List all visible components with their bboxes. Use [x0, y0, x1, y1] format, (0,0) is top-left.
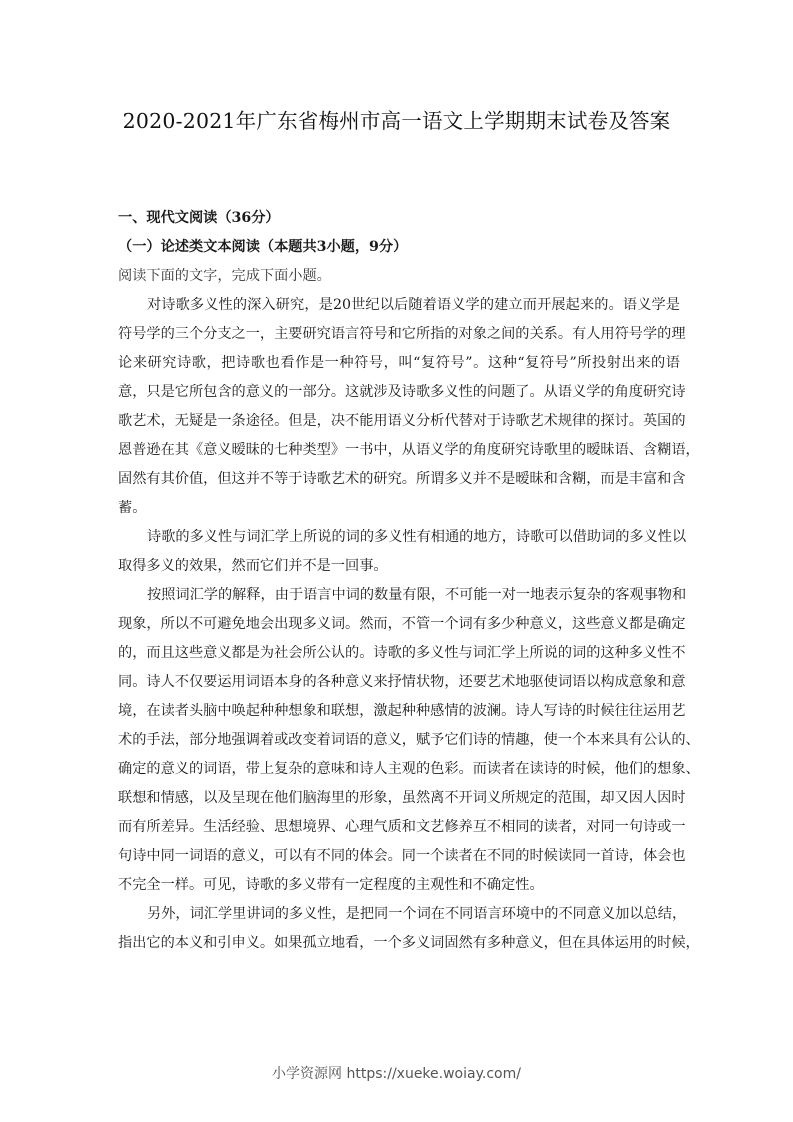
paragraph-2: 诗歌的多义性与词汇学上所说的词的多义性有相通的地方，诗歌可以借助词的多义性以 取…	[118, 523, 680, 581]
paragraph-line: 意，只是它所包含的意义的一部分。这就涉及诗歌多义性的问题了。从语义学的角度研究诗	[118, 378, 680, 407]
paragraph-line: 对诗歌多义性的深入研究，是20世纪以后随着语义学的建立而开展起来的。语义学是	[118, 291, 680, 320]
paragraph-line: 符号学的三个分支之一，主要研究语言符号和它所指的对象之间的关系。有人用符号学的理	[118, 320, 680, 349]
paragraph-4: 另外，词汇学里讲词的多义性，是把同一个词在不同语言环境中的不同意义加以总结， 指…	[118, 900, 680, 958]
paragraph-line: 联想和情感，以及呈现在他们脑海里的形象，虽然离不开词义所规定的范围，却又因人因时	[118, 784, 680, 813]
watermark-footer: 小学资源网 https://xueke.woiay.com/	[0, 1063, 793, 1083]
paragraph-1: 对诗歌多义性的深入研究，是20世纪以后随着语义学的建立而开展起来的。语义学是 符…	[118, 291, 680, 523]
paragraph-line: 而有所差异。生活经验、思想境界、心理气质和文艺修养互不相同的读者，对同一句诗或一	[118, 813, 680, 842]
paragraph-line: 现象，所以不可避免地会出现多义词。然而，不管一个词有多少种意义，这些意义都是确定	[118, 610, 680, 639]
paragraph-line: 固然有其价值，但这并不等于诗歌艺术的研究。所谓多义并不是暧昧和含糊，而是丰富和含	[118, 465, 680, 494]
paragraph-line: 句诗中同一词语的意义，可以有不同的体会。同一个读者在不同的时候读同一首诗，体会也	[118, 842, 680, 871]
document-title: 2020-2021年广东省梅州市高一语文上学期期末试卷及答案	[0, 104, 793, 134]
paragraph-line: 另外，词汇学里讲词的多义性，是把同一个词在不同语言环境中的不同意义加以总结，	[118, 900, 680, 929]
paragraph-line: 不完全一样。可见，诗歌的多义带有一定程度的主观性和不确定性。	[118, 871, 680, 900]
reading-instruction: 阅读下面的文字，完成下面小题。	[118, 262, 680, 291]
paragraph-line: 按照词汇学的解释，由于语言中词的数量有限，不可能一对一地表示复杂的客观事物和	[118, 581, 680, 610]
paragraph-line: 境，在读者头脑中唤起种种想象和联想，激起种种感情的波澜。诗人写诗的时候往往运用艺	[118, 697, 680, 726]
section-heading: 一、现代文阅读（36分）	[118, 204, 680, 233]
paragraph-line: 论来研究诗歌，把诗歌也看作是一种符号，叫“复符号”。这种“复符号”所投射出来的语	[118, 349, 680, 378]
paragraph-line: 恩普逊在其《意义暧昧的七种类型》一书中，从语义学的角度研究诗歌里的暧昧语、含糊语…	[118, 436, 680, 465]
paragraph-line: 取得多义的效果，然而它们并不是一回事。	[118, 552, 680, 581]
paragraph-line: 蓄。	[118, 494, 680, 523]
paragraph-line: 歌艺术，无疑是一条途径。但是，决不能用语义分析代替对于诗歌艺术规律的探讨。英国的	[118, 407, 680, 436]
paragraph-line: 术的手法，部分地强调着或改变着词语的意义，赋予它们诗的情趣，使一个本来具有公认的…	[118, 726, 680, 755]
document-body: 一、现代文阅读（36分） （一）论述类文本阅读（本题共3小题，9分） 阅读下面的…	[118, 204, 680, 958]
paragraph-line: 指出它的本义和引申义。如果孤立地看，一个多义词固然有多种意义，但在具体运用的时候…	[118, 929, 680, 958]
paragraph-line: 同。诗人不仅要运用词语本身的各种意义来抒情状物，还要艺术地驱使词语以构成意象和意	[118, 668, 680, 697]
paragraph-line: 的，而且这些意义都是为社会所公认的。诗歌的多义性与词汇学上所说的词的这种多义性不	[118, 639, 680, 668]
subsection-heading: （一）论述类文本阅读（本题共3小题，9分）	[118, 233, 680, 262]
paragraph-line: 诗歌的多义性与词汇学上所说的词的多义性有相通的地方，诗歌可以借助词的多义性以	[118, 523, 680, 552]
paragraph-line: 确定的意义的词语，带上复杂的意味和诗人主观的色彩。而读者在读诗的时候，他们的想象…	[118, 755, 680, 784]
paragraph-3: 按照词汇学的解释，由于语言中词的数量有限，不可能一对一地表示复杂的客观事物和 现…	[118, 581, 680, 900]
